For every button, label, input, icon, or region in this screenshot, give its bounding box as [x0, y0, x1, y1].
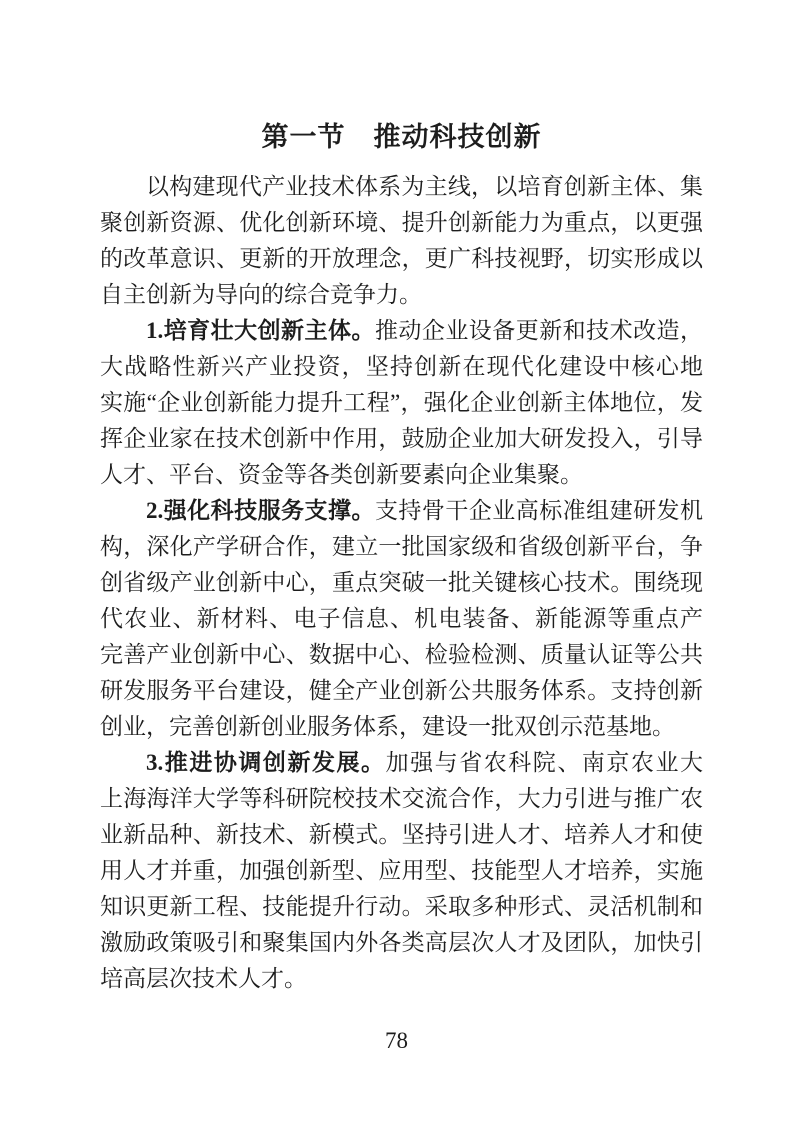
text-line: 创省级产业创新中心，重点突破一批关键核心技术。围绕现: [100, 565, 703, 601]
text-line: 创业，完善创新创业服务体系，建设一批双创示范基地。: [100, 709, 703, 745]
text-line: 完善产业创新中心、数据中心、检验检测、质量认证等公共: [100, 637, 703, 673]
text-line: 代农业、新材料、电子信息、机电装备、新能源等重点产业，: [100, 601, 703, 637]
text-line: 的改革意识、更新的开放理念，更广科技视野，切实形成以: [100, 241, 703, 277]
text-line: 以构建现代产业技术体系为主线，以培育创新主体、集: [100, 169, 703, 205]
paragraph-lead: 3.推进协调创新发展。: [146, 750, 386, 775]
paragraph-lead: 2.强化科技服务支撑。: [146, 498, 375, 523]
section-title: 第一节 推动科技创新: [100, 118, 703, 156]
paragraph: 1.培育壮大创新主体。推动企业设备更新和技术改造，扩 大战略性新兴产业投资，坚持…: [100, 313, 703, 493]
text-line: 激励政策吸引和聚集国内外各类高层次人才及团队，加快引: [100, 925, 703, 961]
text-line: 研发服务平台建设，健全产业创新公共服务体系。支持创新: [100, 673, 703, 709]
text-line: 挥企业家在技术创新中作用，鼓励企业加大研发投入，引导: [100, 421, 703, 457]
text-line: 3.推进协调创新发展。加强与省农科院、南京农业大学、: [100, 745, 703, 781]
text-line: 构，深化产学研合作，建立一批国家级和省级创新平台，争: [100, 529, 703, 565]
text-line: 业新品种、新技术、新模式。坚持引进人才、培养人才和使: [100, 817, 703, 853]
text-line: 1.培育壮大创新主体。推动企业设备更新和技术改造，扩: [100, 313, 703, 349]
text-line: 用人才并重，加强创新型、应用型、技能型人才培养，实施: [100, 853, 703, 889]
document-page: 第一节 推动科技创新 以构建现代产业技术体系为主线，以培育创新主体、集 聚创新资…: [0, 0, 793, 1122]
page-number: 78: [0, 1026, 793, 1056]
text-line: 实施“企业创新能力提升工程”，强化企业创新主体地位，发: [100, 385, 703, 421]
paragraph: 3.推进协调创新发展。加强与省农科院、南京农业大学、 上海海洋大学等科研院校技术…: [100, 745, 703, 997]
text-line: 人才、平台、资金等各类创新要素向企业集聚。: [100, 457, 703, 493]
text-line: 大战略性新兴产业投资，坚持创新在现代化建设中核心地位，: [100, 349, 703, 385]
text-line: 培高层次技术人才。: [100, 961, 703, 997]
text-line: 2.强化科技服务支撑。支持骨干企业高标准组建研发机: [100, 493, 703, 529]
text-line: 聚创新资源、优化创新环境、提升创新能力为重点，以更强: [100, 205, 703, 241]
paragraph: 2.强化科技服务支撑。支持骨干企业高标准组建研发机 构，深化产学研合作，建立一批…: [100, 493, 703, 745]
paragraph-lead-rest: 支持骨干企业高标准组建研发机: [375, 498, 703, 523]
document-content: 第一节 推动科技创新 以构建现代产业技术体系为主线，以培育创新主体、集 聚创新资…: [100, 118, 703, 997]
paragraph: 以构建现代产业技术体系为主线，以培育创新主体、集 聚创新资源、优化创新环境、提升…: [100, 169, 703, 313]
text-line: 知识更新工程、技能提升行动。采取多种形式、灵活机制和: [100, 889, 703, 925]
text-line: 上海海洋大学等科研院校技术交流合作，大力引进与推广农: [100, 781, 703, 817]
text-line: 自主创新为导向的综合竞争力。: [100, 277, 703, 313]
paragraph-lead: 1.培育壮大创新主体。: [146, 318, 375, 343]
